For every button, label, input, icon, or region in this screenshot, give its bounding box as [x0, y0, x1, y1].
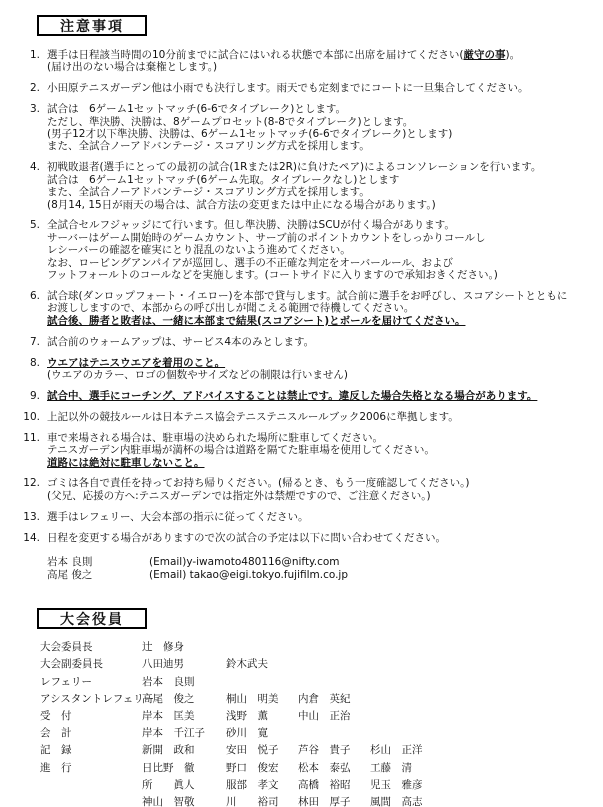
notes-list: 1.選手は日程該当時間の10分前までに試合にはいれる状態で本部に出席を届けてくだ…	[18, 49, 597, 544]
official-name: 所 眞人	[142, 777, 226, 794]
official-row: 受 付岸本 匡美浅野 薫中山 正治	[40, 708, 597, 725]
note-line: (ウエアのカラー、ロゴの個数やサイズなどの制限は行いません)	[47, 369, 597, 381]
official-name: 風間 高志	[370, 794, 597, 807]
official-name	[298, 656, 370, 673]
note-text: (男子12才以下準決勝、決勝は、6ゲーム1セットマッチ(6-6でタイブレーク)と…	[47, 128, 452, 140]
note-text: 選手は日程該当時間の10分前までに試合にはいれる状態で本部に出席を届けてください…	[47, 49, 463, 61]
note-item: 12.ゴミは各自で責任を持ってお持ち帰りください。(帰るとき、もう一度確認してく…	[18, 477, 597, 502]
contact-email: (Email) takao@eigi.tokyo.fujifilm.co.jp	[149, 569, 348, 582]
note-item: 3.試合は 6ゲーム1セットマッチ(6-6でタイブレーク)とします。ただし、準決…	[18, 103, 597, 153]
official-name: 工藤 清	[370, 760, 597, 777]
official-name: 高橋 裕昭	[298, 777, 370, 794]
note-line: 選手はレフェリー、大会本部の指示に従ってください。	[47, 511, 597, 523]
note-line: ゴミは各自で責任を持ってお持ち帰りください。(帰るとき、もう一度確認してください…	[47, 477, 597, 489]
officials-title: 大会役員	[60, 609, 124, 629]
note-item: 5.全試合セルフジャッジにて行います。但し準決勝、決勝はSCUが付く場合がありま…	[18, 219, 597, 281]
note-body: 上記以外の競技ルールは日本テニス協会テニステニスルールブック2006に準拠します…	[47, 411, 597, 423]
contact-row: 岩本 良則(Email)y-iwamoto480116@nifty.com	[47, 556, 597, 569]
official-name	[370, 674, 597, 691]
note-number: 4.	[18, 161, 47, 211]
official-role: レフェリー	[40, 674, 142, 691]
official-row: レフェリー岩本 良則	[40, 674, 597, 691]
note-number: 12.	[18, 477, 47, 502]
note-text: 車で来場される場合は、駐車場の決められた場所に駐車してください。	[47, 432, 383, 444]
notes-title-box: 注意事項	[37, 15, 147, 36]
officials-table: 大会委員長辻 修身大会副委員長八田迪男鈴木武夫レフェリー岩本 良則アシスタントレ…	[40, 639, 597, 807]
official-name: 鈴木武夫	[226, 656, 298, 673]
note-line: 試合後、勝者と敗者は、一緒に本部まで結果(スコアシート)とボールを届けてください…	[47, 315, 597, 327]
note-line: (男子12才以下準決勝、決勝は、6ゲーム1セットマッチ(6-6でタイブレーク)と…	[47, 128, 597, 140]
note-number: 2.	[18, 82, 47, 94]
official-name	[370, 708, 597, 725]
note-text: )。	[505, 49, 520, 61]
note-line: 試合は 6ゲーム1セットマッチ(6ゲーム先取。タイブレークなし)とします	[47, 174, 597, 186]
note-text: なお、ロービングアンパイアが巡回し、選手の不正確な判定をオーバールール、および	[47, 257, 453, 269]
officials-title-box: 大会役員	[37, 608, 147, 629]
note-number: 1.	[18, 49, 47, 74]
official-name: 杉山 正洋	[370, 742, 597, 759]
note-text: フットフォールトのコールなどを実施します。(コートサイドに入りますので承知おきく…	[47, 269, 498, 281]
note-text: (8月14, 15日が雨天の場合は、試合方法の変更または中止になる場合があります…	[47, 199, 436, 211]
official-name	[226, 639, 298, 656]
official-name: 八田迪男	[142, 656, 226, 673]
official-role: 進 行	[40, 760, 142, 777]
official-name: 林田 厚子	[298, 794, 370, 807]
note-line: フットフォールトのコールなどを実施します。(コートサイドに入りますので承知おきく…	[47, 269, 597, 281]
official-name: 安田 悦子	[226, 742, 298, 759]
note-number: 14.	[18, 532, 47, 544]
official-name: 内倉 英紀	[298, 691, 370, 708]
note-line: 選手は日程該当時間の10分前までに試合にはいれる状態で本部に出席を届けてください…	[47, 49, 597, 61]
note-body: ウエアはテニスウエアを着用のこと。(ウエアのカラー、ロゴの個数やサイズなどの制限…	[47, 357, 597, 382]
note-number: 7.	[18, 336, 47, 348]
note-number: 8.	[18, 357, 47, 382]
note-text: 試合球(ダンロップフォート・イエロー)を本部で貸与します。試合前に選手をお呼びし…	[47, 290, 567, 302]
note-line: 試合は 6ゲーム1セットマッチ(6-6でタイブレーク)とします。	[47, 103, 597, 115]
note-text: また、全試合ノーアドバンテージ・スコアリング方式を採用します。	[47, 186, 370, 198]
note-text: (ウエアのカラー、ロゴの個数やサイズなどの制限は行いません)	[47, 369, 348, 381]
official-row: 神山 智敬川 裕司林田 厚子風間 高志	[40, 794, 597, 807]
note-body: 試合は 6ゲーム1セットマッチ(6-6でタイブレーク)とします。ただし、準決勝、…	[47, 103, 597, 153]
official-role: アシスタントレフェリー	[40, 691, 142, 708]
official-name	[298, 674, 370, 691]
note-number: 11.	[18, 432, 47, 469]
note-line: なお、ロービングアンパイアが巡回し、選手の不正確な判定をオーバールール、および	[47, 257, 597, 269]
official-row: 所 眞人服部 孝文高橋 裕昭児玉 雅彦	[40, 777, 597, 794]
note-text: (届け出のない場合は棄権とします。)	[47, 61, 217, 73]
official-name: 新開 政和	[142, 742, 226, 759]
official-row: 記 録新開 政和安田 悦子芦谷 貴子杉山 正洋	[40, 742, 597, 759]
official-name: 岸本 千江子	[142, 725, 226, 742]
document-page: 注意事項 1.選手は日程該当時間の10分前までに試合にはいれる状態で本部に出席を…	[0, 0, 603, 807]
note-item: 6.試合球(ダンロップフォート・イエロー)を本部で貸与します。試合前に選手をお呼…	[18, 290, 597, 327]
contact-name: 岩本 良則	[47, 556, 149, 569]
official-role: 受 付	[40, 708, 142, 725]
official-name: 桐山 明美	[226, 691, 298, 708]
note-text: 全試合セルフジャッジにて行います。但し準決勝、決勝はSCUが付く場合があります。	[47, 219, 455, 231]
note-line: また、全試合ノーアドバンテージ・スコアリング方式を採用します。	[47, 186, 597, 198]
note-text: ゴミは各自で責任を持ってお持ち帰りください。(帰るとき、もう一度確認してください…	[47, 477, 470, 489]
note-line: 全試合セルフジャッジにて行います。但し準決勝、決勝はSCUが付く場合があります。	[47, 219, 597, 231]
official-name: 中山 正治	[298, 708, 370, 725]
note-text: 試合前のウォームアップは、サービス4本のみとします。	[47, 336, 314, 348]
official-role: 会 計	[40, 725, 142, 742]
contact-name: 高尾 俊之	[47, 569, 149, 582]
note-text: ただし、準決勝、決勝は、8ゲームプロセット(8-8でタイブレーク)とします。	[47, 116, 413, 128]
note-text-emphasis: 道路には絶対に駐車しないこと。	[47, 457, 205, 469]
official-name: 服部 孝文	[226, 777, 298, 794]
official-name: 砂川 寛	[226, 725, 298, 742]
note-text-emphasis: 試合中、選手にコーチング、アドバイスすることは禁止です。違反した場合失格となる場…	[47, 390, 537, 402]
official-name	[370, 725, 597, 742]
note-body: 試合中、選手にコーチング、アドバイスすることは禁止です。違反した場合失格となる場…	[47, 390, 597, 402]
official-name: 高尾 俊之	[142, 691, 226, 708]
note-body: 試合球(ダンロップフォート・イエロー)を本部で貸与します。試合前に選手をお呼びし…	[47, 290, 597, 327]
note-body: 初戦敗退者(選手にとっての最初の試合(1Rまたは2R)に負けたペア)によるコンソ…	[47, 161, 597, 211]
official-name: 児玉 雅彦	[370, 777, 597, 794]
note-text-emphasis: 試合後、勝者と敗者は、一緒に本部まで結果(スコアシート)とボールを届けてください…	[47, 315, 465, 327]
official-name: 浅野 薫	[226, 708, 298, 725]
note-item: 8.ウエアはテニスウエアを着用のこと。(ウエアのカラー、ロゴの個数やサイズなどの…	[18, 357, 597, 382]
official-name	[370, 639, 597, 656]
note-text: お渡ししますので、本部からの呼び出しが聞こえる範囲で待機してください。	[47, 302, 414, 314]
note-line: ただし、準決勝、決勝は、8ゲームプロセット(8-8でタイブレーク)とします。	[47, 116, 597, 128]
official-name: 川 裕司	[226, 794, 298, 807]
note-line: 上記以外の競技ルールは日本テニス協会テニステニスルールブック2006に準拠します…	[47, 411, 597, 423]
note-item: 2.小田原テニスガーデン他は小雨でも決行します。雨天でも定刻までにコートに一旦集…	[18, 82, 597, 94]
note-text: サーバーはゲーム開始時のゲームカウント、サーブ前のポイントカウントをしっかりコー…	[47, 232, 485, 244]
note-line: 試合前のウォームアップは、サービス4本のみとします。	[47, 336, 597, 348]
note-text: テニスガーデン内駐車場が満杯の場合は道路を隔てた駐車場を使用してください。	[47, 444, 435, 456]
note-line: テニスガーデン内駐車場が満杯の場合は道路を隔てた駐車場を使用してください。	[47, 444, 597, 456]
note-line: また、全試合ノーアドバンテージ・スコアリング方式を採用します。	[47, 140, 597, 152]
note-line: ウエアはテニスウエアを着用のこと。	[47, 357, 597, 369]
notes-title: 注意事項	[60, 16, 124, 36]
note-text: 日程を変更する場合がありますので次の試合の予定は以下に問い合わせてください。	[47, 532, 446, 544]
note-body: 試合前のウォームアップは、サービス4本のみとします。	[47, 336, 597, 348]
note-number: 13.	[18, 511, 47, 523]
note-line: (父兄、応援の方へ:テニスガーデンでは指定外は禁煙ですので、ご注意ください。)	[47, 490, 597, 502]
note-body: 選手は日程該当時間の10分前までに試合にはいれる状態で本部に出席を届けてください…	[47, 49, 597, 74]
note-line: (8月14, 15日が雨天の場合は、試合方法の変更または中止になる場合があります…	[47, 199, 597, 211]
note-text: 初戦敗退者(選手にとっての最初の試合(1Rまたは2R)に負けたペア)によるコンソ…	[47, 161, 541, 173]
note-text-emphasis: 厳守の事	[463, 49, 505, 61]
official-name: 辻 修身	[142, 639, 226, 656]
note-body: 日程を変更する場合がありますので次の試合の予定は以下に問い合わせてください。	[47, 532, 597, 544]
official-name: 芦谷 貴子	[298, 742, 370, 759]
note-item: 10.上記以外の競技ルールは日本テニス協会テニステニスルールブック2006に準拠…	[18, 411, 597, 423]
note-item: 1.選手は日程該当時間の10分前までに試合にはいれる状態で本部に出席を届けてくだ…	[18, 49, 597, 74]
note-body: 選手はレフェリー、大会本部の指示に従ってください。	[47, 511, 597, 523]
note-line: 試合中、選手にコーチング、アドバイスすることは禁止です。違反した場合失格となる場…	[47, 390, 597, 402]
note-line: 小田原テニスガーデン他は小雨でも決行します。雨天でも定刻までにコートに一旦集合し…	[47, 82, 597, 94]
official-role: 大会副委員長	[40, 656, 142, 673]
official-row: 進 行日比野 徹野口 俊宏松本 泰弘工藤 清	[40, 760, 597, 777]
note-line: 車で来場される場合は、駐車場の決められた場所に駐車してください。	[47, 432, 597, 444]
note-number: 6.	[18, 290, 47, 327]
note-item: 4.初戦敗退者(選手にとっての最初の試合(1Rまたは2R)に負けたペア)によるコ…	[18, 161, 597, 211]
note-text: 小田原テニスガーデン他は小雨でも決行します。雨天でも定刻までにコートに一旦集合し…	[47, 82, 529, 94]
official-name	[226, 674, 298, 691]
note-number: 3.	[18, 103, 47, 153]
official-role	[40, 794, 142, 807]
note-body: 車で来場される場合は、駐車場の決められた場所に駐車してください。テニスガーデン内…	[47, 432, 597, 469]
official-name	[370, 691, 597, 708]
note-item: 13.選手はレフェリー、大会本部の指示に従ってください。	[18, 511, 597, 523]
note-line: (届け出のない場合は棄権とします。)	[47, 61, 597, 73]
note-text: 上記以外の競技ルールは日本テニス協会テニステニスルールブック2006に準拠します…	[47, 411, 459, 423]
official-name	[298, 639, 370, 656]
note-number: 9.	[18, 390, 47, 402]
note-number: 5.	[18, 219, 47, 281]
note-line: 道路には絶対に駐車しないこと。	[47, 457, 597, 469]
official-row: 大会副委員長八田迪男鈴木武夫	[40, 656, 597, 673]
note-item: 11.車で来場される場合は、駐車場の決められた場所に駐車してください。テニスガー…	[18, 432, 597, 469]
contact-list: 岩本 良則(Email)y-iwamoto480116@nifty.com高尾 …	[47, 556, 597, 582]
official-row: 会 計岸本 千江子砂川 寛	[40, 725, 597, 742]
official-role: 大会委員長	[40, 639, 142, 656]
contact-email: (Email)y-iwamoto480116@nifty.com	[149, 556, 340, 569]
official-name: 松本 泰弘	[298, 760, 370, 777]
official-name	[370, 656, 597, 673]
official-name: 日比野 徹	[142, 760, 226, 777]
note-line: 初戦敗退者(選手にとっての最初の試合(1Rまたは2R)に負けたペア)によるコンソ…	[47, 161, 597, 173]
note-item: 14.日程を変更する場合がありますので次の試合の予定は以下に問い合わせてください…	[18, 532, 597, 544]
note-item: 7.試合前のウォームアップは、サービス4本のみとします。	[18, 336, 597, 348]
official-name: 岸本 匡美	[142, 708, 226, 725]
note-body: ゴミは各自で責任を持ってお持ち帰りください。(帰るとき、もう一度確認してください…	[47, 477, 597, 502]
note-line: 試合球(ダンロップフォート・イエロー)を本部で貸与します。試合前に選手をお呼びし…	[47, 290, 597, 302]
note-body: 小田原テニスガーデン他は小雨でも決行します。雨天でも定刻までにコートに一旦集合し…	[47, 82, 597, 94]
official-role	[40, 777, 142, 794]
note-body: 全試合セルフジャッジにて行います。但し準決勝、決勝はSCUが付く場合があります。…	[47, 219, 597, 281]
official-row: アシスタントレフェリー高尾 俊之桐山 明美内倉 英紀	[40, 691, 597, 708]
note-line: 日程を変更する場合がありますので次の試合の予定は以下に問い合わせてください。	[47, 532, 597, 544]
official-role: 記 録	[40, 742, 142, 759]
contact-row: 高尾 俊之(Email) takao@eigi.tokyo.fujifilm.c…	[47, 569, 597, 582]
note-text: 選手はレフェリー、大会本部の指示に従ってください。	[47, 511, 309, 523]
note-text: 試合は 6ゲーム1セットマッチ(6ゲーム先取。タイブレークなし)とします	[47, 174, 399, 186]
official-name: 神山 智敬	[142, 794, 226, 807]
note-line: お渡ししますので、本部からの呼び出しが聞こえる範囲で待機してください。	[47, 302, 597, 314]
official-row: 大会委員長辻 修身	[40, 639, 597, 656]
note-text: (父兄、応援の方へ:テニスガーデンでは指定外は禁煙ですので、ご注意ください。)	[47, 490, 431, 502]
note-text: 試合は 6ゲーム1セットマッチ(6-6でタイブレーク)とします。	[47, 103, 346, 115]
official-name: 岩本 良則	[142, 674, 226, 691]
note-text: レシーバーの確認を確実にとり混乱のないよう進めてください。	[47, 244, 351, 256]
official-name: 野口 俊宏	[226, 760, 298, 777]
note-text-emphasis: ウエアはテニスウエアを着用のこと。	[47, 357, 225, 369]
note-line: レシーバーの確認を確実にとり混乱のないよう進めてください。	[47, 244, 597, 256]
note-item: 9.試合中、選手にコーチング、アドバイスすることは禁止です。違反した場合失格とな…	[18, 390, 597, 402]
note-line: サーバーはゲーム開始時のゲームカウント、サーブ前のポイントカウントをしっかりコー…	[47, 232, 597, 244]
note-text: また、全試合ノーアドバンテージ・スコアリング方式を採用します。	[47, 140, 370, 152]
note-number: 10.	[18, 411, 47, 423]
official-name	[298, 725, 370, 742]
